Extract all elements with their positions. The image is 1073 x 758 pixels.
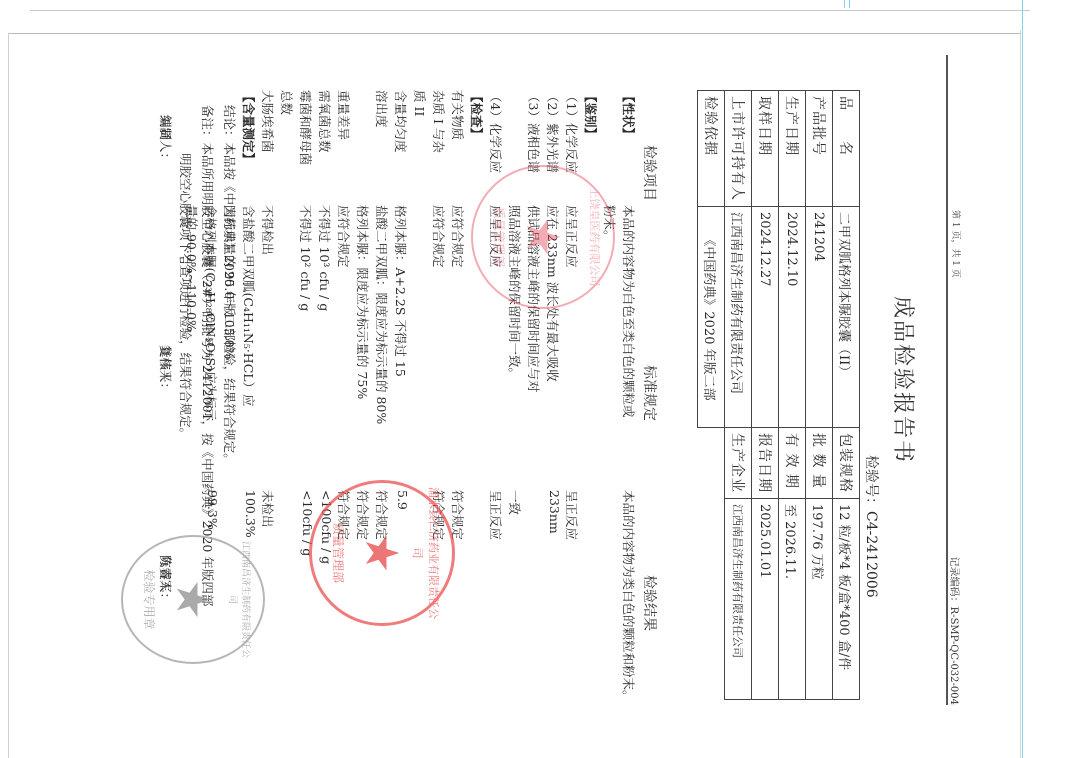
table-row: 霉菌和酵母菌不得过 10² cfu / g<10cfu / g [296, 90, 315, 730]
table-row: 【检查】 [467, 90, 486, 730]
test-number: 检验号：C4-2412006 [862, 455, 882, 598]
header-rule [946, 55, 948, 705]
table-row: 产品批号 241204 批 数 量 197.76 万粒 [806, 91, 833, 700]
column-header-standard: 标准规定 [640, 365, 660, 421]
standard-text: 格列本脲：A+2.2S 不得过 15 [392, 205, 410, 377]
table-row: 取样日期 2024.12.27 报告日期 2025.01.01 [752, 91, 779, 700]
test-item: 重量差异 [335, 90, 353, 140]
expiry-label: 有 效 期 [779, 428, 806, 499]
standard-text: 含盐酸二甲双胍(C₄H₁₁N₅·HCL）应 [240, 205, 258, 407]
standard-text: 本品的内容物为白色至类白色的颗粒或 [620, 205, 638, 418]
product-name: 二甲双胍格列本脲胶囊（II） [833, 207, 860, 428]
basis: 《中国药典》2020 年版二部 [698, 207, 725, 428]
quality-dept-seal: 浦水县仁济药业有限责任公司 ★ 质量管理部 [309, 480, 455, 626]
inspection-report-page: 第 1 页，共 1 页 记录编码：R-SMP-QC-032-004 成品检验报告… [80, 35, 1010, 725]
batch-no-label: 产品批号 [806, 91, 833, 207]
production-date-label: 生产日期 [779, 91, 806, 207]
sampling-date-label: 取样日期 [752, 91, 779, 207]
result-text: 未检出 [259, 490, 277, 528]
test-item: 【含量测定】 [240, 90, 258, 165]
packaging-label: 包装规格 [833, 428, 860, 499]
manufacturer-label: 生产企业 [725, 428, 752, 499]
test-item: （2）紫外光谱 [544, 90, 562, 173]
license-holder-label: 上市许可持有人 [725, 91, 752, 207]
compiler-name: 刘贤 [157, 115, 175, 140]
table-row: 重量差异应符合规定符合规定 [334, 90, 353, 730]
seal-bottom-text: 质量管理部 [491, 167, 508, 307]
test-item: 霉菌和酵母菌 [297, 90, 315, 165]
table-row: 【性状】本品的内容物为白色至类白色的颗粒或本品的内容物为类白色的颗粒和粉末。 [619, 90, 638, 730]
inspection-seal: 江西南昌济生制药有限责任公司 ★ 检验专用章 [121, 535, 265, 664]
sampling-date: 2024.12.27 [752, 207, 779, 428]
product-info-table: 品 名 二甲双胍格列本脲胶囊（II） 包装规格 12 粒/板*4 板/盒*400… [697, 90, 860, 700]
result-text: 呈正反应 [487, 490, 505, 540]
scan-edge [8, 33, 1020, 34]
report-date: 2025.01.01 [752, 499, 779, 700]
company-seal-faded: 上饶皇医药有限公司 ★ 质量管理部 [471, 165, 615, 309]
standard-text: 格列本脲：限度应为标示量的 75% [354, 205, 372, 399]
table-row: 需氧菌总数不得过 10³ cfu / g<100cfu / g [315, 90, 334, 730]
standard-text: 应符合规定 [449, 205, 467, 268]
standard-text: 不得过 10³ cfu / g [316, 205, 334, 311]
batch-no: 241204 [806, 207, 833, 428]
standard-text: 盐酸二甲双胍：限度应为标示量的 80% [373, 205, 391, 424]
window-edge [1022, 0, 1023, 758]
star-icon: ★ [359, 532, 405, 573]
window-edge [849, 0, 850, 8]
seal-ring-text: 浦水县仁济药业有限责任公司 [410, 483, 442, 623]
record-code: 记录编码：R-SMP-QC-032-004 [948, 557, 963, 705]
page-info: 第 1 页，共 1 页 [950, 210, 963, 278]
test-number-value: C4-2412006 [863, 511, 879, 598]
table-row: 杂质 I 与杂应符合规定符合规定 [429, 90, 448, 730]
table-row: 有关物质应符合规定符合规定 [448, 90, 467, 730]
star-icon: ★ [520, 216, 566, 257]
test-item: 杂质 I 与杂 [430, 90, 448, 153]
standard-text: 不得过 10² cfu / g [297, 205, 315, 311]
report-date-label: 报告日期 [752, 428, 779, 499]
test-item: 【性状】 [620, 90, 638, 140]
test-item: 【检查】 [468, 90, 486, 140]
result-text: 100.3% [243, 490, 258, 538]
seal-ring-text: 上饶皇医药有限公司 [587, 167, 603, 307]
test-item: 含量均匀度 [392, 90, 410, 153]
scan-edge [8, 33, 9, 758]
result-text: 233nm [547, 490, 562, 534]
result-text: 一致 [506, 490, 524, 515]
table-row: 生产日期 2024.12.10 有 效 期 至 2026.11. [779, 91, 806, 700]
table-row: 上市许可持有人 江西南昌济生制药有限责任公司 生产企业 江西南昌济生制药有限责任… [725, 91, 752, 700]
reviewer-name: 龚伟平 [157, 345, 175, 383]
test-item: 需氧菌总数 [316, 90, 334, 153]
table-row: 含量均匀度格列本脲：A+2.2S 不得过 155.9 [391, 90, 410, 730]
batch-qty: 197.76 万粒 [806, 499, 833, 700]
star-icon: ★ [170, 579, 216, 620]
scan-edge [30, 10, 1030, 11]
table-row: 检验依据 《中国药典》2020 年版二部 [698, 91, 725, 700]
table-row: 大肠埃希菌不得检出未检出 [258, 90, 277, 730]
table-row: 质 II [410, 90, 429, 730]
window-edge [844, 0, 845, 8]
test-item: （3）液相色谱 [525, 90, 543, 173]
result-text: 呈正反应 [563, 490, 581, 540]
test-item: 质 II [411, 90, 429, 116]
seal-bottom-text: 质量管理部 [330, 483, 347, 623]
test-item: 溶出度 [373, 90, 391, 128]
seal-bottom-text: 检验专用章 [141, 537, 158, 662]
test-item: 大肠埃希菌 [259, 90, 277, 153]
table-row: 溶出度盐酸二甲双胍：限度应为标示量的 80%符合规定 [372, 90, 391, 730]
scan-edge [1020, 30, 1021, 758]
standard-text: 应符合规定 [430, 205, 448, 268]
license-holder: 江西南昌济生制药有限责任公司 [725, 207, 752, 428]
table-row: 品 名 二甲双胍格列本脲胶囊（II） 包装规格 12 粒/板*4 板/盒*400… [833, 91, 860, 700]
test-item: 总数 [278, 90, 296, 115]
standard-text: 应符合规定 [335, 205, 353, 268]
table-row: 总数 [277, 90, 296, 730]
manufacturer: 江西南昌济生制药有限责任公司 [725, 499, 752, 700]
standard-text: 不得检出 [259, 205, 277, 255]
column-header-item: 检验项目 [640, 145, 660, 201]
test-item: 【鉴别】 [582, 90, 600, 140]
test-item: （1）化学反应 [563, 90, 581, 173]
page-title: 成品检验报告书 [889, 35, 920, 725]
table-row: 格列本脲：限度应为标示量的 75%符合规定 [353, 90, 372, 730]
packaging: 12 粒/板*4 板/盒*400 盒/件 [833, 499, 860, 700]
seal-ring-text: 江西南昌济生制药有限责任公司 [227, 537, 253, 662]
production-date: 2024.12.10 [779, 207, 806, 428]
product-name-label: 品 名 [833, 91, 860, 207]
batch-qty-label: 批 数 量 [806, 428, 833, 499]
result-text: 本品的内容物为类白色的颗粒和粉末。 [620, 490, 638, 703]
test-item: （4）化学反应 [487, 90, 505, 173]
test-item: 有关物质 [449, 90, 467, 140]
basis-label: 检验依据 [698, 91, 725, 207]
test-number-label: 检验号： [863, 455, 879, 511]
column-header-result: 检验结果 [640, 575, 660, 631]
expiry: 至 2026.11. [779, 499, 806, 700]
